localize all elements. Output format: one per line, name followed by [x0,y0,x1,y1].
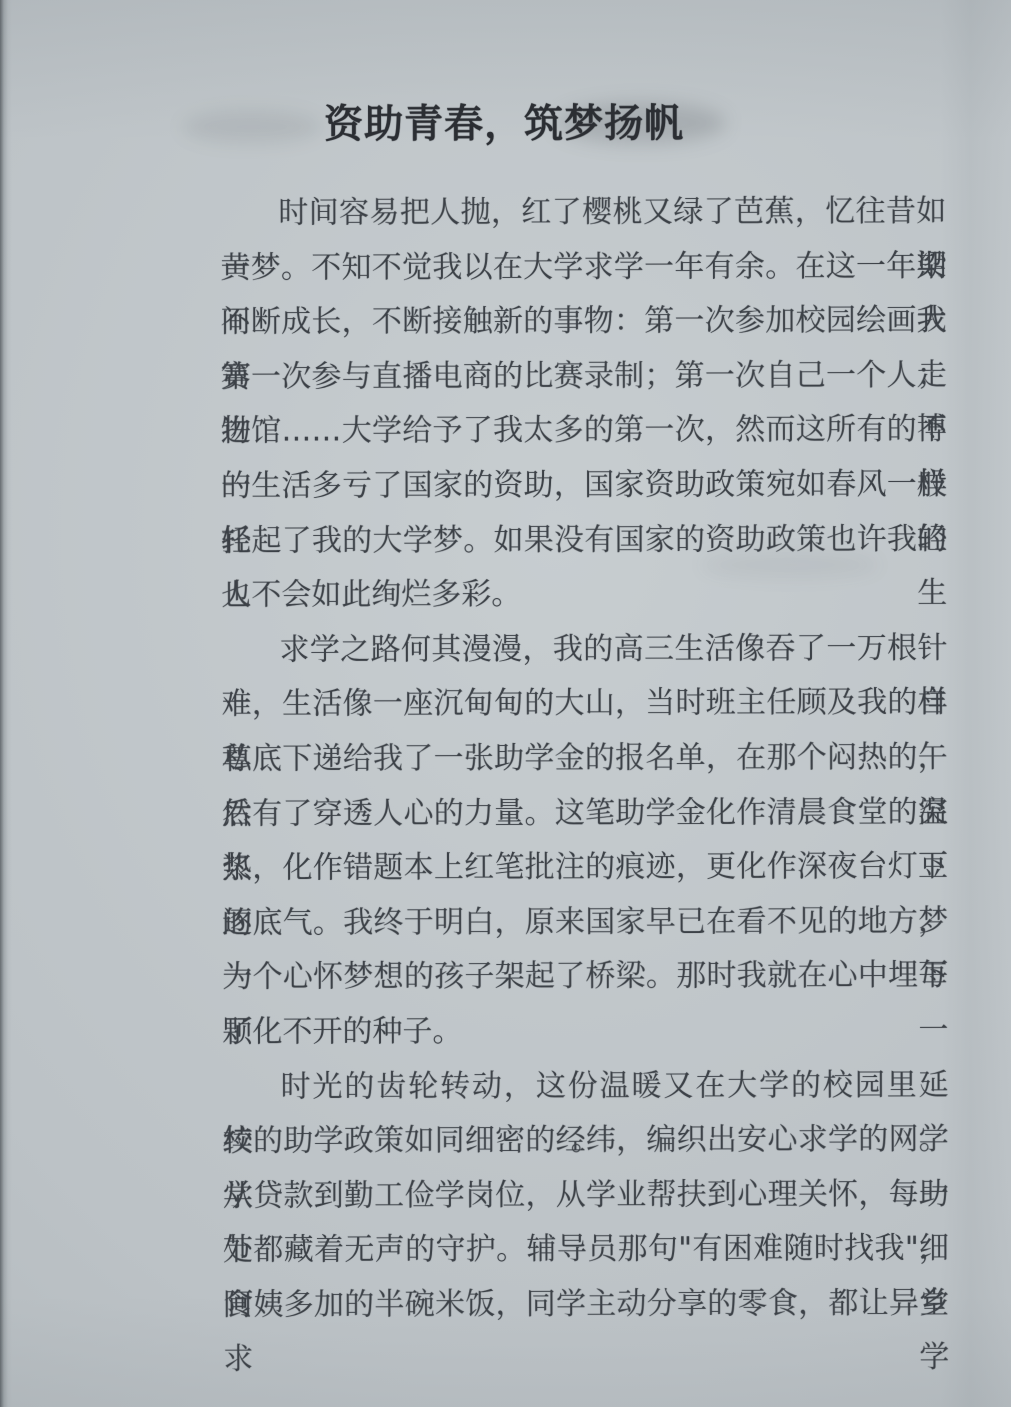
essay-line: 浆，化作错题本上红笔批注的痕迹，更化作深夜台灯下逐梦 [222,840,948,896]
photographed-page: 资助青春，筑梦扬帆 时间容易把人抛，红了樱桃又绿了芭蕉，忆往昔如黄梁一梦。不知不… [0,0,1011,1407]
essay-title: 资助青春，筑梦扬帆 [0,0,1010,154]
essay-paragraph-1: 时间容易把人抛，红了樱桃又绿了芭蕉，忆往昔如黄梁一梦。不知不觉我以在大学求学一年… [220,185,947,624]
paper-left-edge [0,0,12,1407]
essay-line: 物馆……大学给予了我太多的第一次，然而这所有的不一样 [221,403,947,459]
essay-line: 私底下递给我了一张助学金的报名单，在那个闷热的午后突 [222,731,948,787]
essay-line: 一梦。不知不觉我以在大学求学一年有余。在这一年期间我 [220,239,946,295]
essay-line: 的底气。我终于明白，原来国家早已在看不见的地方，为每 [222,895,948,951]
essay-line: 一个心怀梦想的孩子架起了桥梁。那时我就在心中埋下了一 [222,949,948,1005]
essay-line: 不断成长，不断接触新的事物：第一次参加校园绘画大赛； [221,294,947,350]
essay-line: 时光的齿轮转动，这份温暖又在大学的校园里延续。学 [223,1058,949,1114]
essay-paragraph-3: 时光的齿轮转动，这份温暖又在大学的校园里延续。学校的助学政策如同细密的经纬，编织… [223,1058,950,1333]
essay-line: 时间容易把人抛，红了樱桃又绿了芭蕉，忆往昔如黄梁 [220,185,946,241]
essay-line: 托起了我的大学梦。如果没有国家的资助政策也许我的人生 [221,512,947,568]
essay-line: 阿姨多加的半碗米饭，同学主动分享的零食，都让异乡求学 [223,1277,949,1333]
essay-line: 校的助学政策如同细密的经纬，编织出安心求学的网。从助 [223,1113,949,1169]
essay-paragraph-2: 求学之路何其漫漫，我的高三生活像吞了一万根针一样难，生活像一座沉甸甸的大山，当时… [221,622,948,1061]
essay-line: 难，生活像一座沉甸甸的大山，当时班主任顾及我的自尊， [222,676,948,732]
essay-line: 节都藏着无声的守护。辅导员那句"有困难随时找我"，食堂 [223,1222,949,1278]
essay-content: 资助青春，筑梦扬帆 时间容易把人抛，红了樱桃又绿了芭蕉，忆往昔如黄梁一梦。不知不… [0,0,1011,1334]
essay-line: 然有了穿透人心的力量。这笔助学金化作清晨食堂的温热豆 [222,785,948,841]
essay-line: 第一次参与直播电商的比赛录制；第一次自己一个人走进博 [221,349,947,405]
essay-line: 学贷款到勤工俭学岗位，从学业帮扶到心理关怀，每一处细 [223,1168,949,1224]
essay-line: 的生活多亏了国家的资助，国家资助政策宛如春风一般轻轻 [221,458,947,514]
essay-body: 时间容易把人抛，红了樱桃又绿了芭蕉，忆往昔如黄梁一梦。不知不觉我以在大学求学一年… [62,185,949,1334]
essay-line: 求学之路何其漫漫，我的高三生活像吞了一万根针一样 [221,622,947,678]
